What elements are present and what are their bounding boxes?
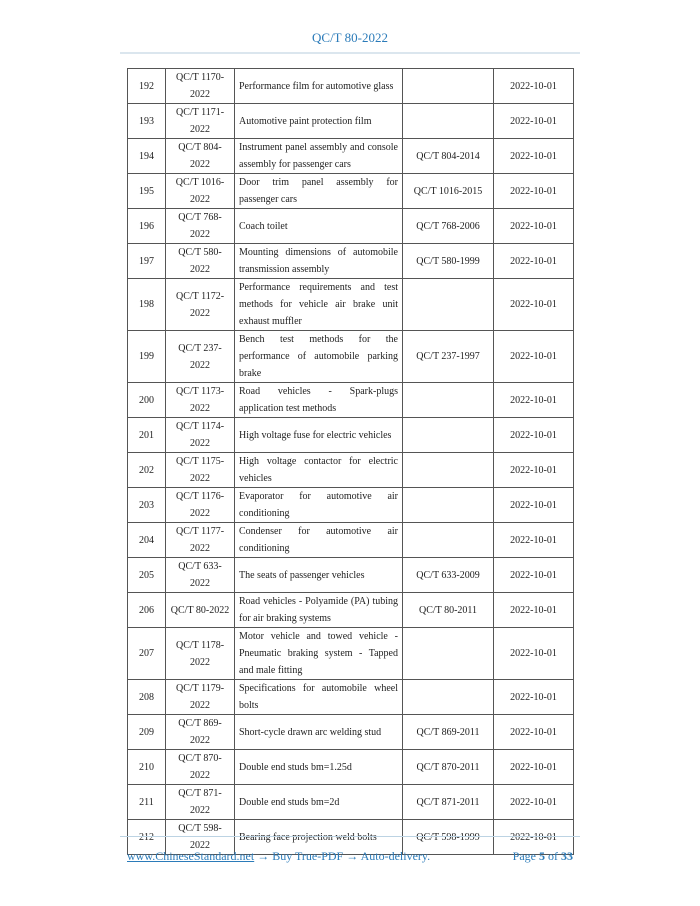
cell-number: 193: [128, 104, 166, 139]
table-row: 203QC/T 1176-2022Evaporator for automoti…: [128, 488, 574, 523]
page-indicator: Page 5 of 33: [513, 849, 573, 864]
cell-number: 195: [128, 174, 166, 209]
cell-standard-code: QC/T 1176-2022: [166, 488, 235, 523]
table-row: 207QC/T 1178-2022Motor vehicle and towed…: [128, 628, 574, 680]
cell-number: 192: [128, 69, 166, 104]
table-row: 198QC/T 1172-2022Performance requirement…: [128, 279, 574, 331]
cell-implementation-date: 2022-10-01: [494, 139, 574, 174]
table-row: 201QC/T 1174-2022High voltage fuse for e…: [128, 418, 574, 453]
footer-divider: [120, 836, 580, 837]
cell-number: 201: [128, 418, 166, 453]
cell-standard-name: High voltage fuse for electric vehicles: [235, 418, 403, 453]
cell-standard-code: QC/T 1179-2022: [166, 680, 235, 715]
cell-implementation-date: 2022-10-01: [494, 279, 574, 331]
cell-number: 202: [128, 453, 166, 488]
cell-standard-code: QC/T 237-2022: [166, 331, 235, 383]
cell-standard-code: QC/T 1173-2022: [166, 383, 235, 418]
website-link[interactable]: www.ChineseStandard.net: [127, 849, 254, 863]
cell-implementation-date: 2022-10-01: [494, 209, 574, 244]
table-row: 209QC/T 869-2022Short-cycle drawn arc we…: [128, 715, 574, 750]
cell-standard-name: Road vehicles - Spark-plugs application …: [235, 383, 403, 418]
cell-number: 196: [128, 209, 166, 244]
cell-standard-name: High voltage contactor for electric vehi…: [235, 453, 403, 488]
table-row: 208QC/T 1179-2022Specifications for auto…: [128, 680, 574, 715]
cell-standard-name: Instrument panel assembly and console as…: [235, 139, 403, 174]
cell-replaced-standard: QC/T 237-1997: [403, 331, 494, 383]
cell-replaced-standard: QC/T 869-2011: [403, 715, 494, 750]
cell-replaced-standard: QC/T 1016-2015: [403, 174, 494, 209]
table-row: 202QC/T 1175-2022High voltage contactor …: [128, 453, 574, 488]
cell-standard-name: Specifications for automobile wheel bolt…: [235, 680, 403, 715]
cell-standard-name: Coach toilet: [235, 209, 403, 244]
cell-replaced-standard: QC/T 804-2014: [403, 139, 494, 174]
cell-standard-name: Condenser for automotive air conditionin…: [235, 523, 403, 558]
cell-number: 211: [128, 785, 166, 820]
cell-standard-code: QC/T 1174-2022: [166, 418, 235, 453]
cell-standard-name: Mounting dimensions of automobile transm…: [235, 244, 403, 279]
cell-replaced-standard: [403, 104, 494, 139]
standards-table: 192QC/T 1170-2022Performance film for au…: [127, 68, 574, 855]
table-row: 205QC/T 633-2022The seats of passenger v…: [128, 558, 574, 593]
cell-standard-code: QC/T 871-2022: [166, 785, 235, 820]
cell-standard-code: QC/T 633-2022: [166, 558, 235, 593]
cell-replaced-standard: QC/T 633-2009: [403, 558, 494, 593]
cell-implementation-date: 2022-10-01: [494, 69, 574, 104]
header-divider: [120, 52, 580, 54]
cell-implementation-date: 2022-10-01: [494, 174, 574, 209]
cell-replaced-standard: [403, 418, 494, 453]
cell-implementation-date: 2022-10-01: [494, 244, 574, 279]
cell-standard-code: QC/T 869-2022: [166, 715, 235, 750]
cell-implementation-date: 2022-10-01: [494, 418, 574, 453]
cell-standard-name: Double end studs bm=2d: [235, 785, 403, 820]
auto-delivery-text: Auto-delivery.: [361, 849, 431, 863]
cell-implementation-date: 2022-10-01: [494, 593, 574, 628]
cell-implementation-date: 2022-10-01: [494, 453, 574, 488]
footer-promo: www.ChineseStandard.net → Buy True-PDF →…: [127, 849, 430, 864]
cell-number: 200: [128, 383, 166, 418]
table-row: 193QC/T 1171-2022Automotive paint protec…: [128, 104, 574, 139]
table-row: 197QC/T 580-2022Mounting dimensions of a…: [128, 244, 574, 279]
cell-implementation-date: 2022-10-01: [494, 750, 574, 785]
cell-standard-name: The seats of passenger vehicles: [235, 558, 403, 593]
cell-implementation-date: 2022-10-01: [494, 383, 574, 418]
cell-number: 210: [128, 750, 166, 785]
cell-number: 198: [128, 279, 166, 331]
table-row: 211QC/T 871-2022Double end studs bm=2dQC…: [128, 785, 574, 820]
table-row: 210QC/T 870-2022Double end studs bm=1.25…: [128, 750, 574, 785]
cell-standard-name: Door trim panel assembly for passenger c…: [235, 174, 403, 209]
cell-implementation-date: 2022-10-01: [494, 558, 574, 593]
cell-implementation-date: 2022-10-01: [494, 488, 574, 523]
cell-standard-code: QC/T 1178-2022: [166, 628, 235, 680]
cell-standard-name: Bench test methods for the performance o…: [235, 331, 403, 383]
cell-standard-code: QC/T 1016-2022: [166, 174, 235, 209]
cell-standard-code: QC/T 870-2022: [166, 750, 235, 785]
table-row: 196QC/T 768-2022Coach toiletQC/T 768-200…: [128, 209, 574, 244]
cell-replaced-standard: QC/T 580-1999: [403, 244, 494, 279]
page-total: 33: [561, 849, 573, 863]
cell-standard-code: QC/T 804-2022: [166, 139, 235, 174]
cell-implementation-date: 2022-10-01: [494, 104, 574, 139]
page-footer: www.ChineseStandard.net → Buy True-PDF →…: [127, 849, 573, 864]
cell-implementation-date: 2022-10-01: [494, 715, 574, 750]
cell-standard-code: QC/T 1175-2022: [166, 453, 235, 488]
cell-standard-code: QC/T 768-2022: [166, 209, 235, 244]
cell-replaced-standard: [403, 488, 494, 523]
cell-replaced-standard: [403, 628, 494, 680]
cell-standard-name: Performance film for automotive glass: [235, 69, 403, 104]
table-row: 199QC/T 237-2022Bench test methods for t…: [128, 331, 574, 383]
cell-standard-name: Double end studs bm=1.25d: [235, 750, 403, 785]
cell-implementation-date: 2022-10-01: [494, 331, 574, 383]
page-current: 5: [539, 849, 545, 863]
cell-standard-code: QC/T 1170-2022: [166, 69, 235, 104]
cell-implementation-date: 2022-10-01: [494, 785, 574, 820]
cell-replaced-standard: QC/T 80-2011: [403, 593, 494, 628]
cell-number: 199: [128, 331, 166, 383]
cell-standard-code: QC/T 1172-2022: [166, 279, 235, 331]
cell-replaced-standard: QC/T 871-2011: [403, 785, 494, 820]
table-row: 204QC/T 1177-2022Condenser for automotiv…: [128, 523, 574, 558]
table-row: 200QC/T 1173-2022Road vehicles - Spark-p…: [128, 383, 574, 418]
cell-implementation-date: 2022-10-01: [494, 523, 574, 558]
table-row: 194QC/T 804-2022Instrument panel assembl…: [128, 139, 574, 174]
cell-standard-name: Performance requirements and test method…: [235, 279, 403, 331]
cell-number: 209: [128, 715, 166, 750]
cell-replaced-standard: [403, 69, 494, 104]
cell-standard-code: QC/T 580-2022: [166, 244, 235, 279]
cell-replaced-standard: [403, 279, 494, 331]
cell-replaced-standard: [403, 453, 494, 488]
cell-standard-code: QC/T 1171-2022: [166, 104, 235, 139]
cell-implementation-date: 2022-10-01: [494, 680, 574, 715]
cell-replaced-standard: [403, 383, 494, 418]
cell-number: 204: [128, 523, 166, 558]
cell-standard-name: Short-cycle drawn arc welding stud: [235, 715, 403, 750]
cell-implementation-date: 2022-10-01: [494, 628, 574, 680]
cell-number: 205: [128, 558, 166, 593]
cell-replaced-standard: QC/T 768-2006: [403, 209, 494, 244]
cell-standard-name: Motor vehicle and towed vehicle - Pneuma…: [235, 628, 403, 680]
cell-replaced-standard: [403, 680, 494, 715]
page-header-title: QC/T 80-2022: [0, 30, 700, 46]
cell-standard-name: Automotive paint protection film: [235, 104, 403, 139]
table-row: 192QC/T 1170-2022Performance film for au…: [128, 69, 574, 104]
cell-replaced-standard: QC/T 870-2011: [403, 750, 494, 785]
cell-standard-name: Road vehicles - Polyamide (PA) tubing fo…: [235, 593, 403, 628]
cell-number: 206: [128, 593, 166, 628]
cell-number: 203: [128, 488, 166, 523]
table-row: 195QC/T 1016-2022Door trim panel assembl…: [128, 174, 574, 209]
arrow-icon: →: [346, 849, 358, 863]
cell-standard-code: QC/T 1177-2022: [166, 523, 235, 558]
cell-number: 207: [128, 628, 166, 680]
buy-text: Buy True-PDF: [272, 849, 343, 863]
cell-number: 197: [128, 244, 166, 279]
cell-number: 208: [128, 680, 166, 715]
cell-standard-name: Evaporator for automotive air conditioni…: [235, 488, 403, 523]
cell-standard-code: QC/T 80-2022: [166, 593, 235, 628]
cell-number: 194: [128, 139, 166, 174]
cell-replaced-standard: [403, 523, 494, 558]
arrow-icon: →: [257, 849, 269, 863]
table-row: 206QC/T 80-2022Road vehicles - Polyamide…: [128, 593, 574, 628]
